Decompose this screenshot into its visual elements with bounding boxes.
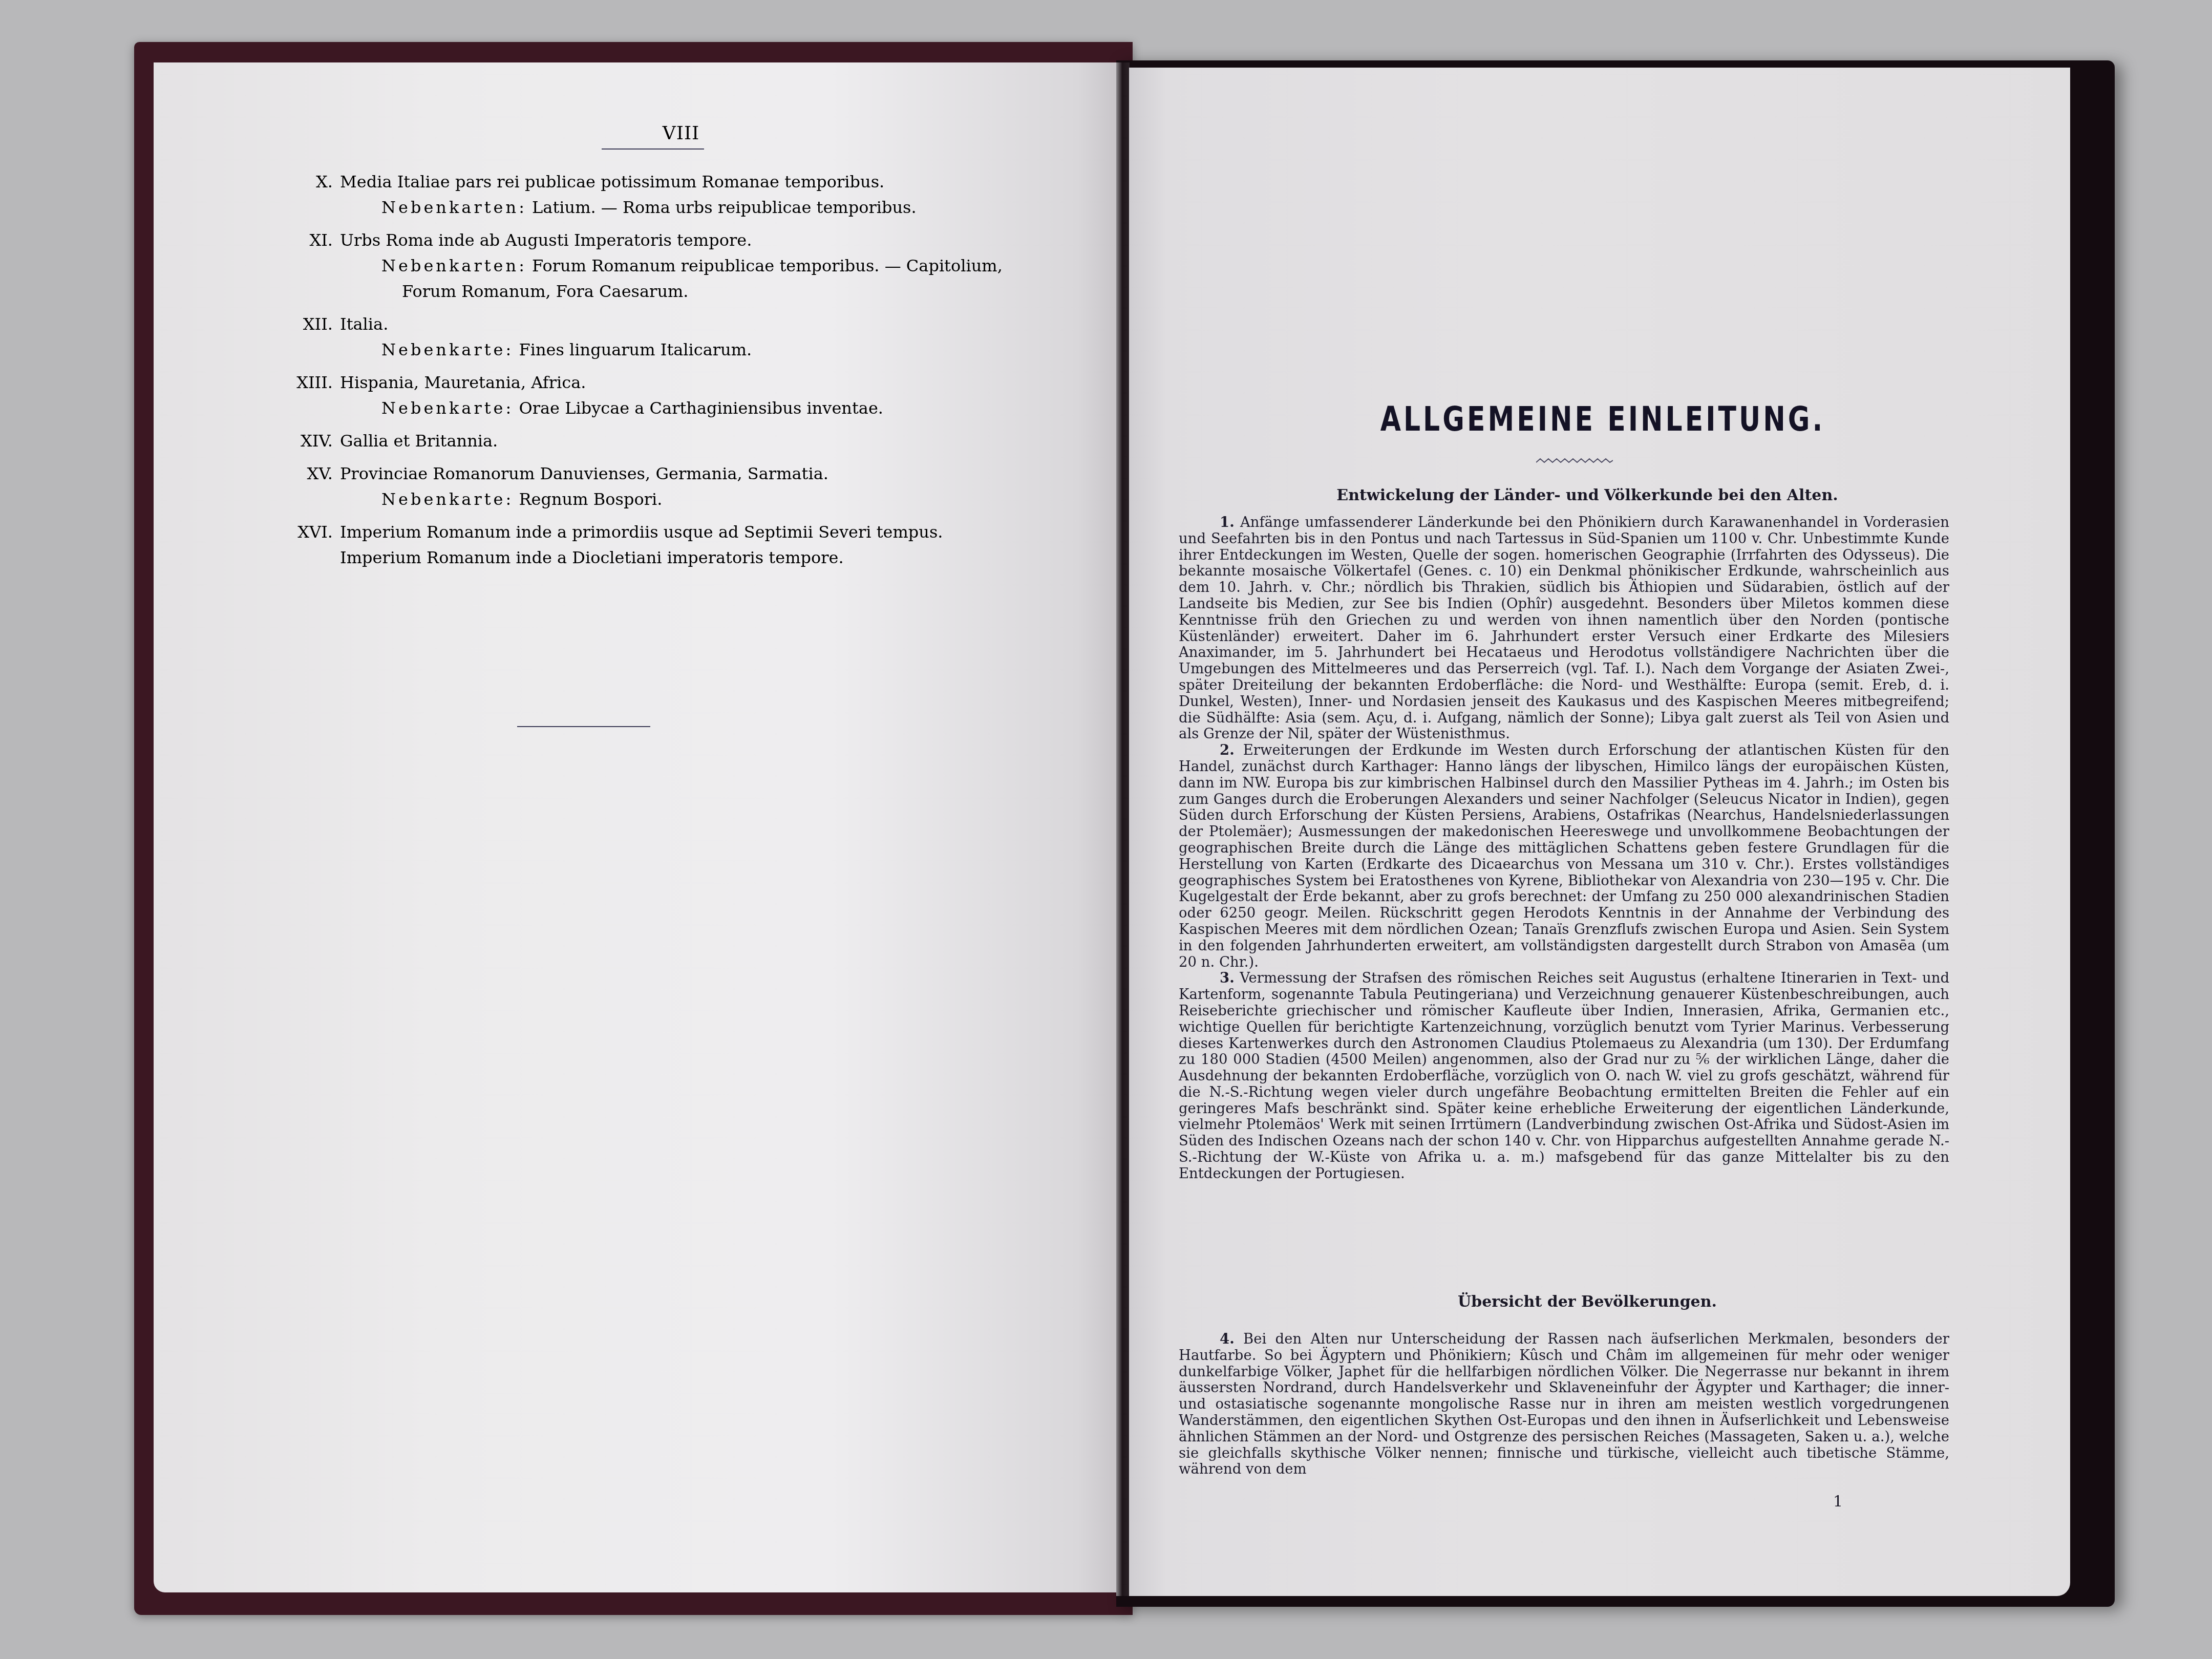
paragraph-number: 1. (1220, 514, 1235, 530)
page-number: 1 (1833, 1493, 1843, 1511)
paragraph-number: 2. (1220, 742, 1235, 758)
ornament-squiggle-icon (1536, 457, 1613, 464)
toc-entry: XVI.Imperium Romanum inde a primordiis u… (287, 519, 1055, 570)
folio-rule (602, 148, 704, 150)
toc-entry: XV.Provinciae Romanorum Danuvienses, Ger… (287, 461, 1055, 512)
section-title: Übersicht der Bevölkerungen. (1178, 1293, 1997, 1311)
toc-title: Italia. (340, 314, 388, 334)
paragraph: 4. Bei den Alten nur Unterscheidung der … (1179, 1331, 1949, 1478)
toc-sub-label: Nebenkarten: (381, 198, 527, 217)
toc-title: Urbs Roma inde ab Augusti Imperatoris te… (340, 230, 752, 250)
toc-sub-label: Nebenkarte: (381, 398, 514, 418)
paragraph: 3. Vermessung der Strafsen des römischen… (1179, 970, 1949, 1182)
section-end-rule (517, 726, 650, 727)
toc-sub-text: Regnum Bospori. (519, 490, 662, 509)
toc-title: Imperium Romanum inde a primordiis usque… (340, 522, 943, 542)
section-title: Entwickelung der Länder- und Völkerkunde… (1178, 486, 1997, 504)
paragraph: 1. Anfänge umfassenderer Länderkunde bei… (1179, 515, 1949, 742)
toc-sub-continuation: Forum Romanum, Fora Caesarum. (287, 279, 1055, 304)
toc-number: XV. (287, 461, 333, 486)
toc-number: XI. (287, 227, 333, 253)
page-folio: VIII (640, 123, 722, 144)
toc-number: XIV. (287, 428, 333, 454)
paragraph: 2. Erweiterungen der Erdkunde im Westen … (1179, 742, 1949, 970)
toc-sub-text: Orae Libycae a Carthaginiensibus inventa… (519, 398, 883, 418)
toc-number: XVI. (287, 519, 333, 545)
paragraph-number: 3. (1220, 970, 1235, 986)
paragraph-text: Bei den Alten nur Unterscheidung der Ras… (1179, 1331, 1949, 1477)
toc-sub-label: Nebenkarte: (381, 340, 514, 359)
toc-alt-line: Imperium Romanum inde a Diocletiani impe… (287, 545, 1055, 570)
section-body: 1. Anfänge umfassenderer Länderkunde bei… (1179, 515, 1949, 1182)
toc-sub-text: Forum Romanum reipublicae temporibus. — … (532, 256, 1003, 275)
paragraph-text: Anfänge umfassenderer Länderkunde bei de… (1179, 514, 1949, 742)
toc-entry: X.Media Italiae pars rei publicae potiss… (287, 169, 1055, 220)
toc-entry: XII.Italia. Nebenkarte: Fines linguarum … (287, 311, 1055, 363)
toc-title: Provinciae Romanorum Danuvienses, German… (340, 464, 828, 483)
toc-number: XIII. (287, 370, 333, 395)
bleed-through-texture (538, 845, 753, 901)
paragraph-text: Erweiterungen der Erdkunde im Westen dur… (1179, 742, 1949, 970)
toc-title: Gallia et Britannia. (340, 431, 498, 451)
paragraph-text: Vermessung der Strafsen des römischen Re… (1179, 970, 1949, 1182)
map-list: X.Media Italiae pars rei publicae potiss… (287, 169, 1055, 578)
toc-sub-label: Nebenkarte: (381, 490, 514, 509)
toc-number: XII. (287, 311, 333, 337)
book-spine-gutter (1116, 62, 1130, 1596)
toc-sub-text: Fines linguarum Italicarum. (519, 340, 752, 359)
toc-title: Media Italiae pars rei publicae potissim… (340, 172, 884, 192)
chapter-title: ALLGEMEINE EINLEITUNG. (1219, 401, 1987, 439)
toc-sub-label: Nebenkarten: (381, 256, 527, 275)
toc-entry: XI.Urbs Roma inde ab Augusti Imperatoris… (287, 227, 1055, 304)
toc-entry: XIII.Hispania, Mauretania, Africa. Neben… (287, 370, 1055, 421)
section-body: 4. Bei den Alten nur Unterscheidung der … (1179, 1331, 1949, 1478)
toc-entry: XIV.Gallia et Britannia. (287, 428, 1055, 454)
toc-title: Hispania, Mauretania, Africa. (340, 373, 586, 392)
toc-number: X. (287, 169, 333, 195)
toc-sub-text: Latium. — Roma urbs reipublicae temporib… (532, 198, 917, 217)
paragraph-number: 4. (1220, 1331, 1235, 1347)
